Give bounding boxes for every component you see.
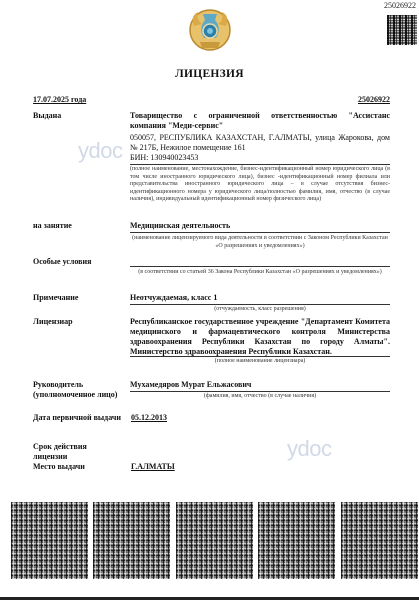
divider [130,232,390,233]
activity-label: на занятие [33,221,72,231]
head-label-line1: Руководитель [33,380,117,390]
qr-code-icon [93,502,170,579]
divider [130,164,390,165]
licensee-address: 050057, РЕСПУБЛИКА КАЗАХСТАН, Г.АЛМАТЫ, … [130,133,390,153]
divider [130,266,390,267]
special-conditions-label: Особые условия [33,257,91,267]
watermark: ydoc [287,436,331,462]
licensee-note: (полное наименование, местонахождение, б… [130,166,390,204]
place-label: Место выдачи [33,462,85,472]
issue-date: 17.07.2025 года [33,95,86,104]
remark-value: Неотчуждаемая, класс 1 [130,293,390,303]
licensee-bin: БИН: 130940023453 [130,153,390,163]
qr-code-icon [11,502,88,579]
head-label: Руководитель (уполномоченное лицо) [33,380,117,400]
license-number: 25026922 [358,95,390,104]
qr-code-icon [258,502,335,579]
head-value: Мухамедяров Мурат Ельжасович [130,380,390,390]
watermark: ydoc [78,138,122,164]
special-conditions-note: (в соответствии со статьей 36 Закона Рес… [130,269,390,277]
validity-label-line1: Срок действия [33,442,87,452]
licensee-name: Товарищество с ограниченной ответственно… [130,111,390,131]
head-label-line2: (уполномоченное лицо) [33,390,117,400]
first-issue-label: Дата первичной выдачи [33,413,121,423]
issued-to-label: Выдана [33,111,61,121]
footer-codes [10,502,419,600]
licensor-label: Лицензиар [33,317,73,327]
activity-note: (наименование лицензируемого вида деятел… [130,235,390,250]
licensor-note: (полное наименование лицензиара) [130,358,390,366]
remark-label: Примечание [33,293,78,303]
document-title: ЛИЦЕНЗИЯ [0,68,419,80]
divider [130,356,390,357]
activity-value: Медицинская деятельность [130,221,390,231]
validity-label-line2: лицензии [33,452,87,462]
remark-note: (отчуждаемость, класс разрешения) [130,306,390,314]
first-issue-date: 05.12.2013 [131,413,167,422]
qr-code-icon [176,502,253,579]
place-value: Г.АЛМАТЫ [131,462,175,471]
head-note: (фамилия, имя, отчество (в случае наличи… [130,393,390,401]
document-number-top: 25026922 [384,1,416,10]
qr-code-icon [387,15,417,45]
validity-label: Срок действия лицензии [33,442,87,462]
divider [130,391,390,392]
state-emblem-icon [188,6,232,54]
qr-code-icon [341,502,418,579]
divider [130,304,390,305]
licensor-value: Республиканское государственное учрежден… [130,317,390,357]
